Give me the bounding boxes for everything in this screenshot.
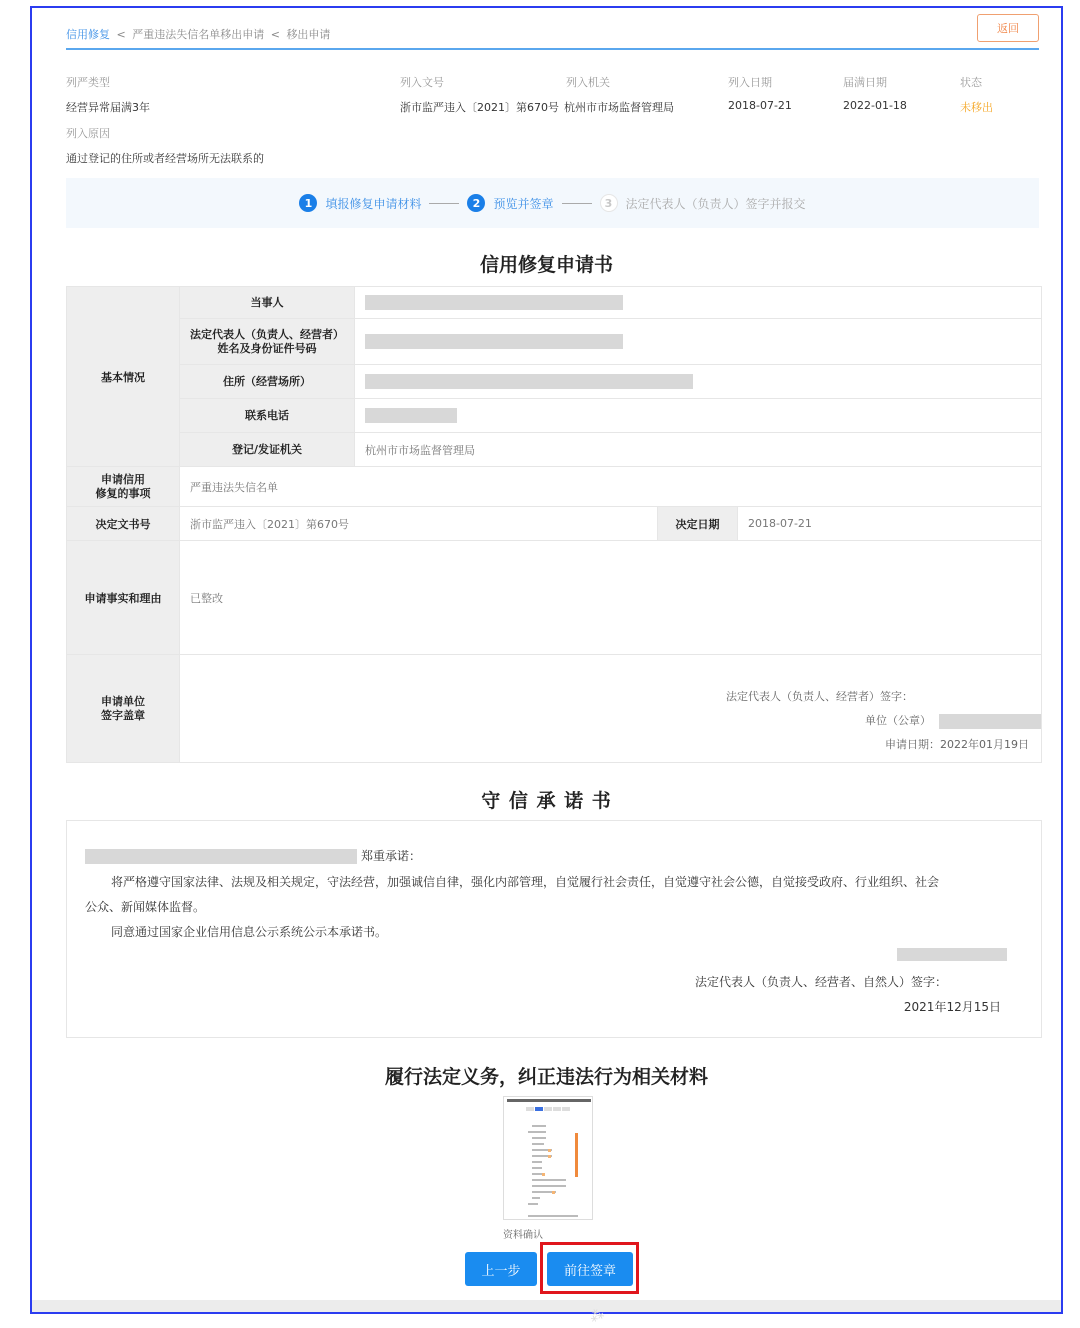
party-value: [355, 287, 1042, 319]
info-doc-value: 浙市监严违入〔2021〕第670号: [400, 99, 559, 115]
step-2-number: 2: [467, 194, 485, 212]
legal-rep-label-line2: 姓名及身份证件号码: [218, 342, 317, 355]
sign-date-text: 申请日期：2022年01月19日: [726, 733, 1029, 757]
material-caption: 资料确认: [503, 1226, 543, 1241]
sign-label: 申请单位签字盖章: [67, 655, 180, 763]
promise-date: 2021年12月15日: [904, 998, 1001, 1015]
info-reason-value: 通过登记的住所或者经营场所无法联系的: [66, 150, 264, 166]
redacted-block: [85, 849, 357, 864]
sign-label-line1: 申请单位: [101, 695, 145, 708]
promise-signer: 法定代表人（负责人、经营者、自然人）签字：: [695, 973, 947, 990]
breadcrumb-separator: <: [271, 28, 280, 41]
matter-label-line2: 修复的事项: [96, 487, 151, 500]
progress-steps: 1 填报修复申请材料 2 预览并签章 3 法定代表人（负责人）签字并报交: [66, 178, 1039, 228]
info-org: 列入机关 杭州市市场监督管理局: [564, 74, 674, 115]
back-button[interactable]: 返回: [977, 14, 1039, 42]
prev-step-button[interactable]: 上一步: [465, 1252, 537, 1286]
material-thumbnail[interactable]: [503, 1096, 593, 1220]
promise-solemn: 郑重承诺：: [361, 849, 421, 863]
promise-para2: 同意通过国家企业信用信息公示系统公示本承诺书。: [111, 923, 387, 940]
step-1-number: 1: [299, 194, 317, 212]
address-value: [355, 365, 1042, 399]
status-badge: 未移出: [960, 99, 993, 115]
step-3-label: 法定代表人（负责人）签字并报交: [626, 195, 806, 212]
highlight-box: [540, 1242, 639, 1294]
redacted-block: [897, 948, 1007, 961]
info-reason: 列入原因 通过登记的住所或者经营场所无法联系的: [66, 125, 264, 166]
breadcrumb-home-link[interactable]: 信用修复: [66, 28, 110, 41]
bottom-scroll-area: [32, 1300, 1061, 1312]
sign-unit-row: 单位（公章）: [726, 709, 1029, 733]
matter-label: 申请信用修复的事项: [67, 467, 180, 507]
legal-rep-value: [355, 319, 1042, 365]
promise-para1: 将严格遵守国家法律、法规及相关规定，守法经营，加强诚信自律，强化内部管理，自觉履…: [111, 873, 939, 890]
redacted-block: [365, 408, 457, 423]
redacted-block: [939, 714, 1041, 729]
info-type-label: 列严类型: [66, 74, 150, 90]
info-status: 状态 未移出: [960, 74, 993, 115]
info-date-label: 列入日期: [728, 74, 792, 90]
facts-value: 已整改: [180, 541, 1042, 655]
redacted-block: [365, 295, 623, 310]
redacted-block: [365, 334, 623, 349]
party-label: 当事人: [180, 287, 355, 319]
materials-title: 履行法定义务，纠正违法行为相关材料: [32, 1062, 1061, 1089]
info-org-value: 杭州市市场监督管理局: [564, 99, 674, 115]
step-3: 3 法定代表人（负责人）签字并报交: [600, 194, 806, 212]
info-date-value: 2018-07-21: [728, 99, 792, 112]
phone-value: [355, 399, 1042, 433]
step-3-number: 3: [600, 194, 618, 212]
signature-area: 法定代表人（负责人、经营者）签字： 单位（公章） 申请日期：2022年01月19…: [180, 655, 1042, 763]
matter-value: 严重违法失信名单: [180, 467, 1042, 507]
info-expire-value: 2022-01-18: [843, 99, 907, 112]
promise-title: 守 信 承 诺 书: [32, 786, 1061, 813]
promise-para1-cont: 公众、新闻媒体监督。: [85, 898, 205, 915]
decision-date-label: 决定日期: [658, 507, 738, 541]
authority-label: 登记/发证机关: [180, 433, 355, 467]
legal-rep-label: 法定代表人（负责人、经营者）姓名及身份证件号码: [180, 319, 355, 365]
application-title: 信用修复申请书: [32, 250, 1061, 277]
header-divider: [66, 48, 1039, 50]
address-label: 住所（经营场所）: [180, 365, 355, 399]
decision-no-label: 决定文书号: [67, 507, 180, 541]
decision-no-value: 浙市监严违入〔2021〕第670号: [180, 507, 658, 541]
info-status-label: 状态: [960, 74, 993, 90]
info-expire-label: 届满日期: [843, 74, 907, 90]
promise-signer-redacted: [897, 947, 1007, 961]
breadcrumb-item-current: 移出申请: [286, 28, 330, 41]
step-2: 2 预览并签章: [467, 194, 553, 212]
application-form-table: 基本情况 当事人 法定代表人（负责人、经营者）姓名及身份证件号码 住所（经营场所…: [66, 286, 1042, 763]
phone-label: 联系电话: [180, 399, 355, 433]
breadcrumb: 信用修复 < 严重违法失信名单移出申请 < 移出申请: [66, 26, 330, 42]
sign-label-line2: 签字盖章: [101, 709, 145, 722]
step-connector: [429, 203, 459, 204]
info-expire: 届满日期 2022-01-18: [843, 74, 907, 112]
breadcrumb-separator: <: [117, 28, 126, 41]
basic-info-label: 基本情况: [67, 287, 180, 467]
authority-value: 杭州市市场监督管理局: [355, 433, 1042, 467]
sign-unit-text: 单位（公章）: [865, 714, 931, 727]
page-frame: 信用修复 < 严重违法失信名单移出申请 < 移出申请 返回 列严类型 经营异常届…: [30, 6, 1063, 1314]
step-1: 1 填报修复申请材料: [299, 194, 421, 212]
info-type-value: 经营异常届满3年: [66, 99, 150, 115]
facts-label: 申请事实和理由: [67, 541, 180, 655]
step-2-label: 预览并签章: [493, 195, 553, 212]
sign-rep-text: 法定代表人（负责人、经营者）签字：: [726, 685, 913, 709]
signature-lines: 法定代表人（负责人、经营者）签字： 单位（公章） 申请日期：2022年01月19…: [726, 685, 1029, 757]
promise-letter: 郑重承诺： 将严格遵守国家法律、法规及相关规定，守法经营，加强诚信自律，强化内部…: [66, 820, 1042, 1038]
info-type: 列严类型 经营异常届满3年: [66, 74, 150, 115]
decision-date-value: 2018-07-21: [738, 507, 1042, 541]
info-doc-label: 列入文号: [400, 74, 559, 90]
step-1-label: 填报修复申请材料: [325, 195, 421, 212]
matter-label-line1: 申请信用: [101, 473, 145, 486]
step-connector: [562, 203, 592, 204]
promise-solemn-row: 郑重承诺：: [85, 847, 421, 864]
info-org-label: 列入机关: [564, 74, 674, 90]
info-reason-label: 列入原因: [66, 125, 264, 141]
legal-rep-label-line1: 法定代表人（负责人、经营者）: [190, 328, 344, 341]
info-doc: 列入文号 浙市监严违入〔2021〕第670号: [400, 74, 559, 115]
document-preview-icon: [504, 1097, 593, 1220]
info-date: 列入日期 2018-07-21: [728, 74, 792, 112]
redacted-block: [365, 374, 693, 389]
breadcrumb-item[interactable]: 严重违法失信名单移出申请: [132, 28, 264, 41]
